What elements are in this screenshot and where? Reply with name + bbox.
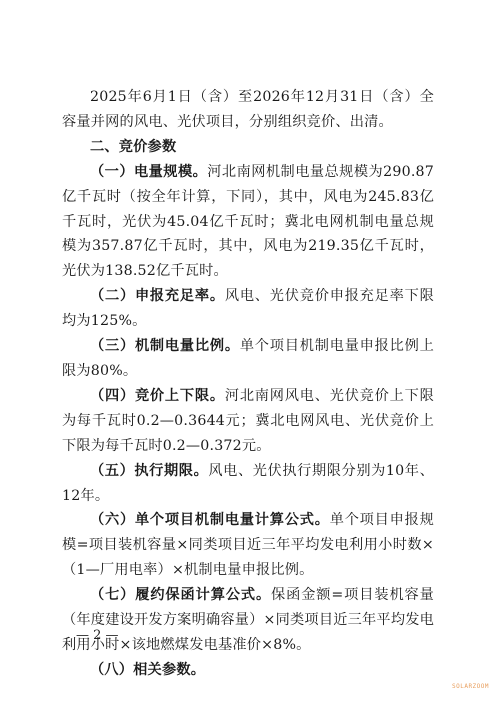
paragraph-text: 2025年6月1日（含）至2026年12月31日（含）全容量并网的风电、光伏项目… <box>62 89 434 130</box>
paragraph-price-limits: （四）竞价上下限。河北南网风电、光伏竞价上下限为每千瓦时0.2—0.3644元；… <box>62 384 434 459</box>
paragraph-guarantee-formula: （七）履约保函计算公式。保函金额=项目装机容量（年度建设开发方案明确容量）×同类… <box>62 583 434 658</box>
paragraph-mechanism-ratio: （三）机制电量比例。单个项目机制电量申报比例上限为80%。 <box>62 334 434 384</box>
paragraph-lead: （六）单个项目机制电量计算公式。 <box>90 512 330 528</box>
paragraph-lead: （一）电量规模。 <box>90 164 207 180</box>
paragraph-execution-period: （五）执行期限。风电、光伏执行期限分别为10年、12年。 <box>62 459 434 509</box>
document-page: 2025年6月1日（含）至2026年12月31日（含）全容量并网的风电、光伏项目… <box>0 0 500 707</box>
paragraph-text: 河北南网机制电量总规模为290.87亿千瓦时（按全年计算，下同），其中，风电为2… <box>62 164 434 280</box>
paragraph-lead: （四）竞价上下限。 <box>90 388 225 404</box>
paragraph-lead: （七）履约保函计算公式。 <box>90 587 271 603</box>
paragraph-electricity-scale: （一）电量规模。河北南网机制电量总规模为290.87亿千瓦时（按全年计算，下同）… <box>62 160 434 285</box>
page-number: — 2 — <box>76 628 119 643</box>
paragraph-lead: （二）申报充足率。 <box>90 288 225 304</box>
paragraph-adequacy-rate: （二）申报充足率。风电、光伏竞价申报充足率下限均为125%。 <box>62 284 434 334</box>
paragraph-lead: （八）相关参数。 <box>90 662 205 678</box>
section-heading: 二、竞价参数 <box>62 135 434 160</box>
paragraph-lead: （三）机制电量比例。 <box>90 338 240 354</box>
paragraph-lead: （五）执行期限。 <box>90 463 208 479</box>
watermark-logo: SOLARZOOM <box>452 683 489 690</box>
document-body: 2025年6月1日（含）至2026年12月31日（含）全容量并网的风电、光伏项目… <box>62 85 434 683</box>
paragraph-electricity-formula: （六）单个项目机制电量计算公式。单个项目申报规模=项目装机容量×同类项目近三年平… <box>62 508 434 583</box>
paragraph-related-params: （八）相关参数。 <box>62 658 434 683</box>
paragraph-intro: 2025年6月1日（含）至2026年12月31日（含）全容量并网的风电、光伏项目… <box>62 85 434 135</box>
